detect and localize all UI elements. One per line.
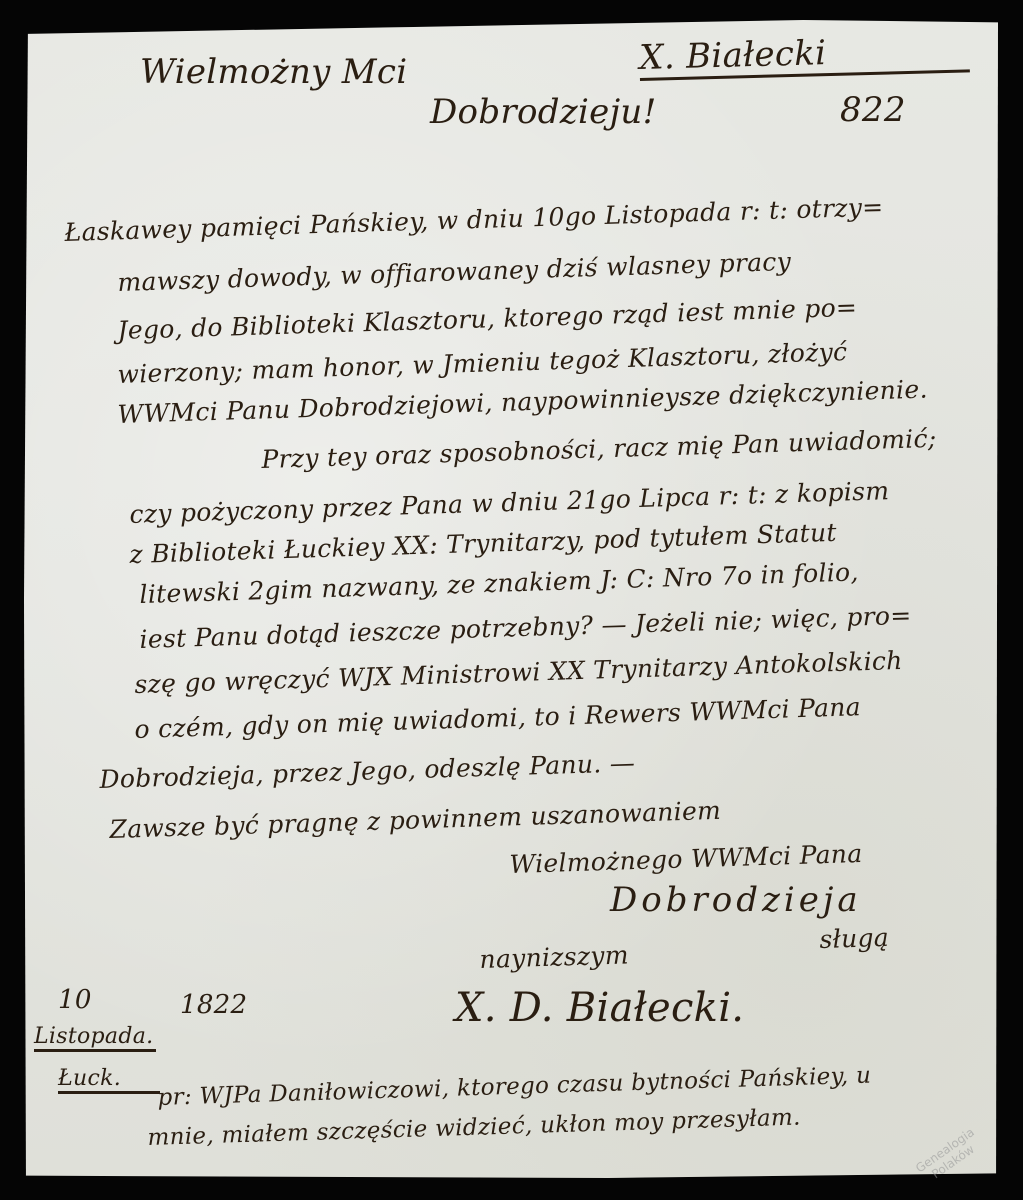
signature: X. D. Białecki. [455,985,744,1031]
archive-name: X. Białecki [639,29,970,81]
closing-line2: Dobrodzieja [610,880,862,920]
archive-number: 822 [840,90,906,130]
salutation-line2: Dobrodzieju! [430,92,657,132]
closing-line3b: sługą [819,923,889,954]
salutation-line1: Wielmożny Mci [140,52,407,92]
margin-month: Listopada. [34,1024,156,1052]
margin-year: 1822 [180,990,247,1020]
closing-line3a: naynizszym [479,940,629,974]
margin-place: Łuck. [58,1066,160,1094]
margin-day: 10 [58,985,92,1015]
